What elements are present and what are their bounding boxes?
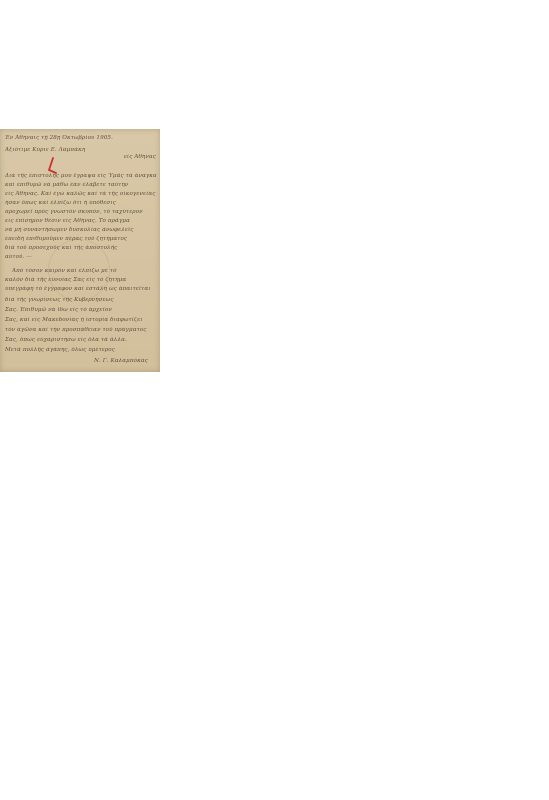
body-line: αὐτοῦ. — (5, 254, 156, 261)
body-line: καλὸν διὰ τῆς εὐνοίας Σας εἰς τὸ ζήτημα (5, 277, 156, 284)
body-line: εἰς Ἀθήνας. Καὶ ἐγὼ καλῶς καὶ τὰ τῆς οἰκ… (5, 191, 156, 198)
body-line: εἰς ἐπίσημον θέσιν εἰς Ἀθήνας. Τὸ πρᾶγμα (5, 218, 156, 225)
body-line: Σας. Ἐπιθυμῶ νὰ ἴδω εἰς τὸ ἀρχεῖον (5, 307, 156, 314)
body-line: διὰ τῆς γνωρίσεως τῆς Κυβερνήσεως (5, 297, 156, 304)
body-line: Σας, καὶ εἰς Μακεδονίας ἡ ἱστορία διαφωτ… (5, 317, 156, 324)
body-line: ὑπεγράφη τὸ ἔγγραφον καὶ ἐστάλη ὡς ἀπαιτ… (5, 286, 156, 293)
body-line: Διὰ τῆς ἐπιστολῆς μου ἔγραψα εἰς Ὑμᾶς τὰ… (5, 173, 156, 180)
signature: Ν. Γ. Καλαμπόκας (5, 358, 148, 365)
dateline: Ἐν Ἀθήναις τῇ 28ῃ Ὀκτωβρίου 1905. (5, 135, 156, 142)
body-line: διὰ τοῦ προσεχοῦς καὶ τῆς ἀποστολῆς (5, 245, 156, 252)
body-line: Σας, ὅπως εὐχαριστήσω εἰς ὅλα τὰ ἄλλα. (5, 337, 156, 344)
salutation: Ἀξιότιμε Κύριε Ε. Λαμπάκη (5, 147, 156, 154)
body-line: προχωρεῖ πρὸς γνωστὸν σκοπόν, τὸ ταχύτερ… (5, 209, 156, 216)
body-line: τὸν ἀγῶνα καὶ τὴν προσπάθειαν τοῦ πράγμα… (5, 327, 156, 334)
closing-line: Μετὰ πολλῆς ἀγάπης, ὅλως ὑμέτερος (5, 347, 156, 354)
body-line: ἐπειδὴ ἐπιθυμοῦμεν πέρας τοῦ ζητήματος (5, 236, 156, 243)
recipient-location: εἰς Ἀθήνας (5, 154, 156, 161)
body-line: νὰ μὴ συναντήσωμεν δυσκολίας ἀνωφελεῖς (5, 227, 156, 234)
body-line: Ἀπὸ τόσον καιρὸν καὶ ἐλπίζω μέ τὸ (12, 268, 156, 275)
body-line: καὶ ἐπιθυμῶ νὰ μάθω ἐὰν ἐλάβετε ταύτην (5, 182, 156, 189)
handwritten-letter-page: Ἐν Ἀθήναις τῇ 28ῃ Ὀκτωβρίου 1905. Ἀξιότι… (0, 129, 160, 372)
body-line: ἦσαν ὅπως καὶ ἐλπίζω ὅτι ἡ ὑπόθεσις (5, 200, 156, 207)
